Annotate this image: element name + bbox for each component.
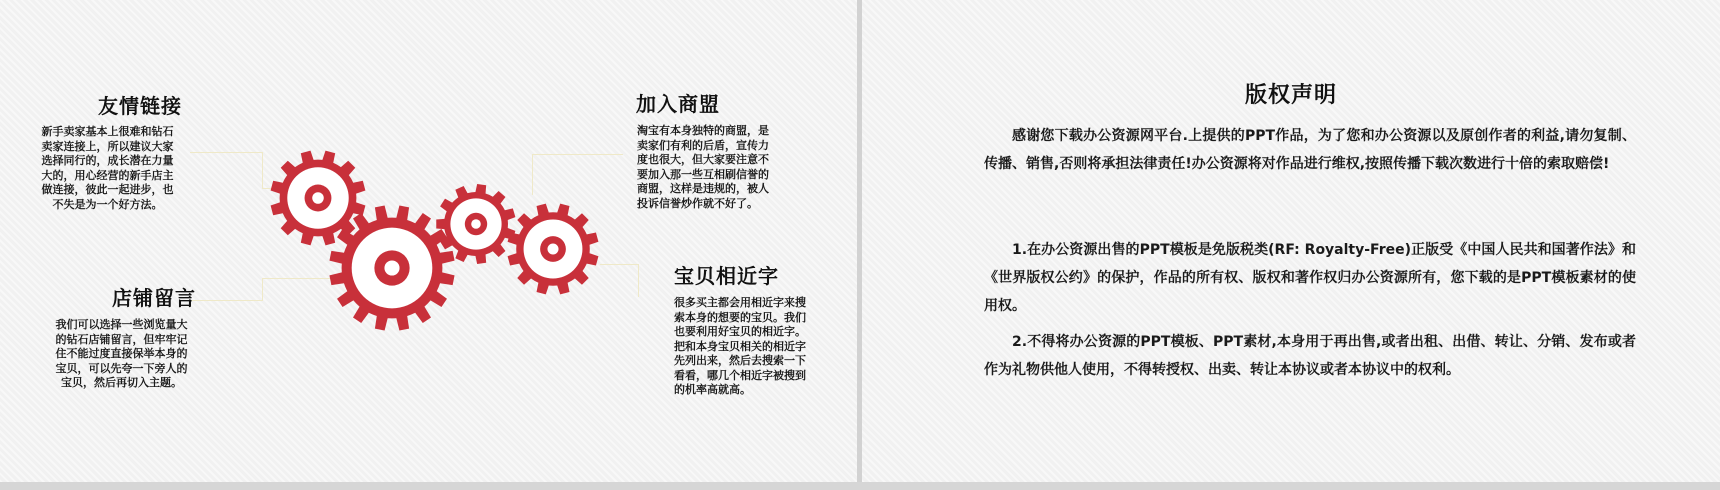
text-line: 商盟，这样是违规的，被人: [637, 182, 797, 197]
text-line: 要加入那一些互相刷信誉的: [637, 168, 797, 183]
text-line: 新手卖家基本上很难和钻石: [30, 125, 185, 140]
section-text-shop-message: 我们可以选择一些浏览量大 的钻石店铺留言，但牢牢记 住不能过度直接保举本身的 宝…: [44, 318, 199, 391]
bottom-bar: [0, 482, 1720, 490]
section-text-friend-links: 新手卖家基本上很难和钻石 卖家连接上，所以建议大家 选择同行的，成长潜在力量 大…: [30, 125, 185, 212]
copyright-title: 版权声明: [1245, 78, 1337, 109]
slide-gears-tips: 友情链接 新手卖家基本上很难和钻石 卖家连接上，所以建议大家 选择同行的，成长潜…: [0, 0, 857, 482]
copyright-paragraph-intro: 感谢您下载办公资源网平台.上提供的PPT作品，为了您和办公资源以及原创作者的利益…: [984, 122, 1636, 178]
text-line: 住不能过度直接保举本身的: [44, 347, 199, 362]
text-line: 的机率高就高。: [674, 383, 834, 398]
text-line: 投诉信誉炒作就不好了。: [637, 197, 797, 212]
connector-line-similar-words: [600, 264, 639, 297]
text-line: 宝贝，然后再切入主题。: [44, 376, 199, 391]
text-line: 大的，用心经营的新手店主: [30, 169, 185, 184]
text-line: 卖家们有利的后盾，宣传力: [637, 139, 797, 154]
text-line: 先列出来，然后去搜索一下: [674, 354, 834, 369]
gear-medium-right-icon: [503, 199, 603, 299]
text-line: 淘宝有本身独特的商盟，是: [637, 124, 797, 139]
copyright-paragraph-1: 1.在办公资源出售的PPT模板是免版税类(RF: Royalty-Free)正版…: [984, 236, 1636, 320]
section-title-friend-links: 友情链接: [98, 90, 182, 119]
connector-line-alliance: [532, 154, 623, 195]
text-line: 把和本身宝贝相关的相近字: [674, 340, 834, 355]
text-line: 很多买主都会用相近字来搜: [674, 296, 834, 311]
section-title-shop-message: 店铺留言: [112, 282, 196, 311]
section-title-join-alliance: 加入商盟: [636, 88, 720, 117]
text-line: 看看，哪几个相近字被搜到: [674, 369, 834, 384]
connector-line-shop-message: [262, 278, 333, 301]
text-line: 卖家连接上，所以建议大家: [30, 140, 185, 155]
connector-line-friend-links: [190, 152, 263, 189]
section-text-similar-words: 很多买主都会用相近字来搜 索本身的想要的宝贝。我们 也要利用好宝贝的相近字。 把…: [674, 296, 834, 398]
text-line: 选择同行的，成长潜在力量: [30, 154, 185, 169]
text-line: 做连接，彼此一起进步，也: [30, 183, 185, 198]
text-line: 索本身的想要的宝贝。我们: [674, 311, 834, 326]
text-line: 也要利用好宝贝的相近字。: [674, 325, 834, 340]
section-text-join-alliance: 淘宝有本身独特的商盟，是 卖家们有利的后盾，宣传力 度也很大，但大家要注意不 要…: [637, 124, 797, 211]
text-line: 的钻石店铺留言，但牢牢记: [44, 333, 199, 348]
text-line: 我们可以选择一些浏览量大: [44, 318, 199, 333]
text-line: 度也很大，但大家要注意不: [637, 153, 797, 168]
section-title-similar-words: 宝贝相近字: [674, 260, 779, 289]
copyright-paragraph-2: 2.不得将办公资源的PPT模板、PPT素材,本身用于再出售,或者出租、出借、转让…: [984, 328, 1636, 384]
text-line: 不失是为一个好方法。: [30, 198, 185, 213]
text-line: 宝贝，可以先夸一下旁人的: [44, 362, 199, 377]
